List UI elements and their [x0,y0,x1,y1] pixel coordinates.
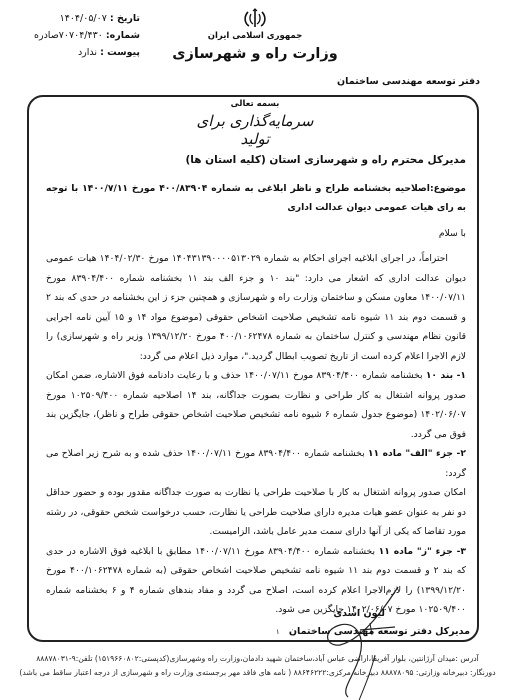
addressee: مدیرکل محترم راه و شهرسازی استان (کلیه ا… [46,151,466,171]
attachment-label: پیوست : [100,47,140,58]
intro-paragraph: احتراماً، در اجرای ابلاغیه اجرای احکام ب… [46,249,466,366]
item-1-title: ۱- بند ۱۰ [426,370,466,381]
item-1-text: بخشنامه شماره ۸۳۹۰۴/۴۰۰ مورخ ۱۴۰۰/۰۷/۱۱ … [46,370,466,440]
ministry-name: وزارت راه و شهرسازی [160,46,350,62]
government-name: جمهوری اسلامی ایران [180,31,330,41]
date-label: تاریخ : [110,13,140,24]
number-value: ۷۰۷۰۴/۴۳۰صادره [34,30,103,41]
page-marker: ۱ [276,628,280,636]
footer-address: آدرس :میدان آرژانتین، بلوار آفریقا،اراضی… [10,652,505,666]
office-name: دفتر توسعه مهندسی ساختمان [300,76,480,87]
letter-body: مدیرکل محترم راه و شهرسازی استان (کلیه ا… [46,151,466,620]
handwritten-signature-icon [320,585,420,700]
date-value: ۱۴۰۴/۰۵/۰۷ [60,13,107,24]
signatory-title-text: مدیرکل دفتر توسعه مهندسی ساختمان [289,626,470,637]
item-3-title: ۳- جزء "ز" ماده ۱۱ [379,546,466,557]
signatory-name: لیون اسدی [300,608,385,619]
number-row: شماره: ۷۰۷۰۴/۴۳۰صادره [20,27,140,44]
date-row: تاریخ : ۱۴۰۴/۰۵/۰۷ [20,10,140,27]
number-label: شماره: [106,30,140,41]
greeting: با سلام [46,224,466,244]
iran-emblem-icon [239,8,271,30]
footer: آدرس :میدان آرژانتین، بلوار آفریقا،اراضی… [10,652,505,680]
signatory-title: مدیرکل دفتر توسعه مهندسی ساختمان ۱ [250,626,470,637]
subject: موضوع:اصلاحیه بخشنامه طراح و ناظر ابلاغی… [46,179,466,218]
item-1: ۱- بند ۱۰ بخشنامه شماره ۸۳۹۰۴/۴۰۰ مورخ ۱… [46,366,466,444]
item-2: ۲- جزء "الف" ماده ۱۱ بخشنامه شماره ۸۳۹۰۴… [46,444,466,483]
year-slogan: سرمایه‌گذاری برای تولید [180,112,330,148]
item-2-title: ۲- جزء "الف" ماده ۱۱ [368,448,466,459]
bismillah: بسمه تعالی [180,99,330,109]
footer-fax: دورنگار: دبیرخانه وزارتی: ۸۸۸۷۸۰۹۵ دبیرخ… [10,666,505,680]
attachment-row: پیوست : ندارد [20,44,140,61]
attachment-value: ندارد [78,47,97,58]
letter-meta: تاریخ : ۱۴۰۴/۰۵/۰۷ شماره: ۷۰۷۰۴/۴۳۰صادره… [20,10,140,61]
item-2-detail: امکان صدور پروانه اشتغال به کار با صلاحی… [46,483,466,542]
